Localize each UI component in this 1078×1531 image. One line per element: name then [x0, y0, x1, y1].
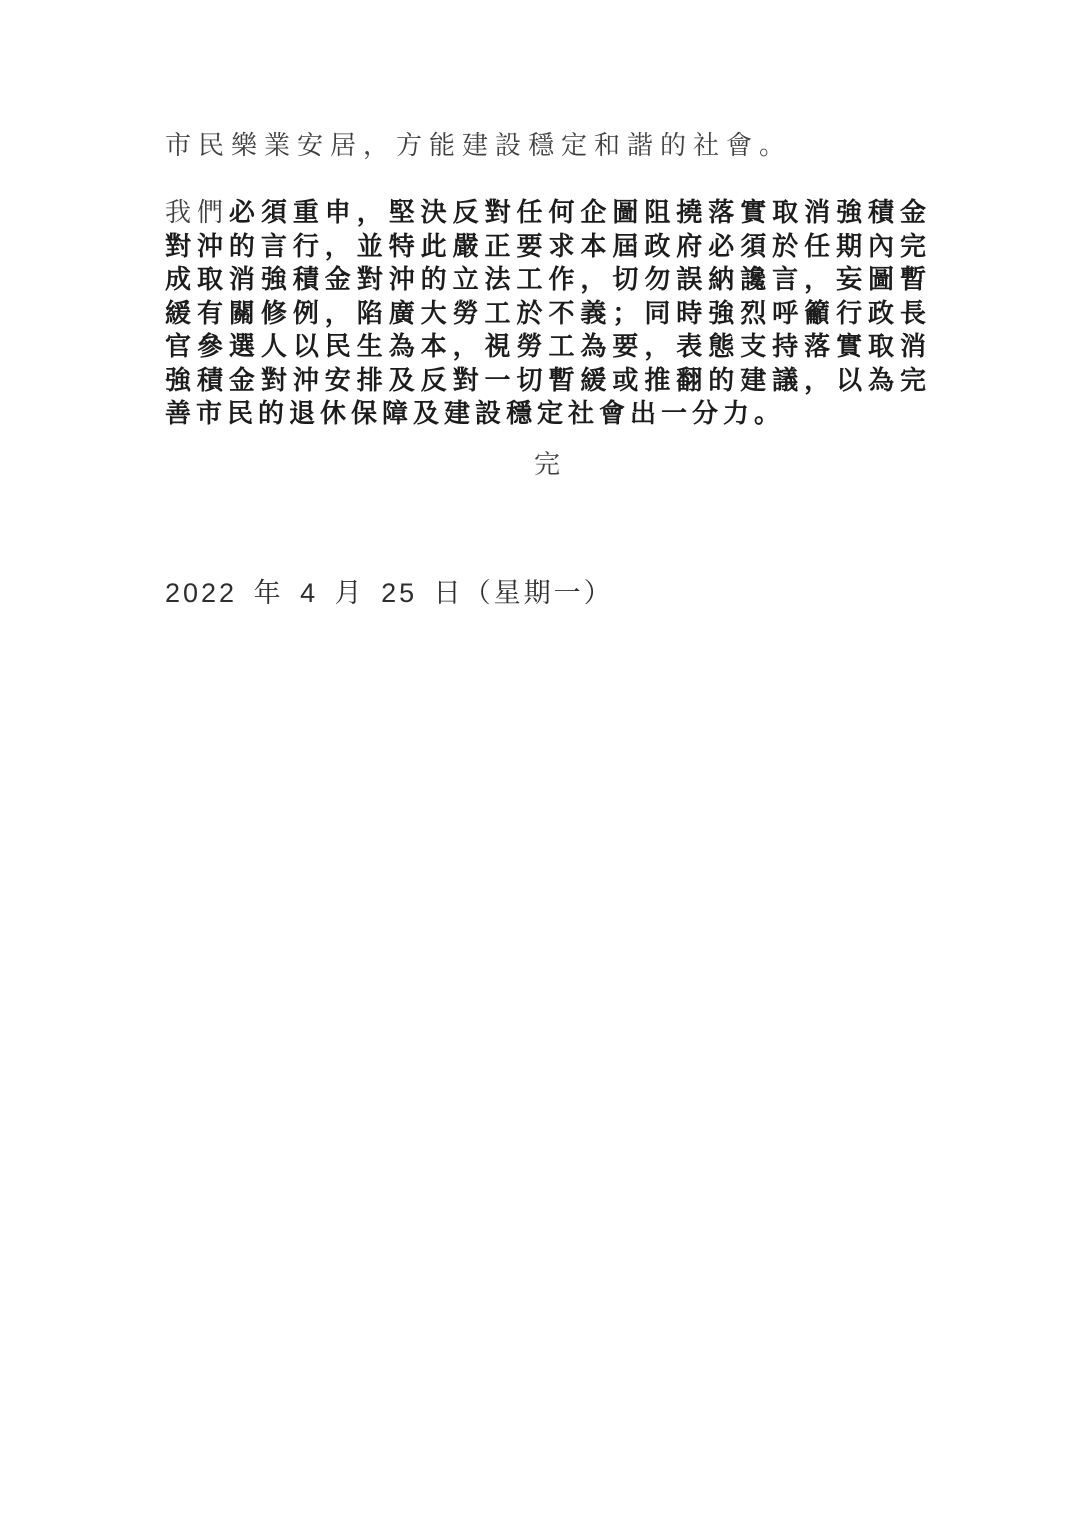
- end-marker: 完: [165, 444, 931, 481]
- date-line: 2022 年 4 月 25 日（星期一）: [165, 571, 931, 610]
- paragraph-emphasis: 必須重申，堅決反對任何企圖阻撓落實取消強積金對沖的言行，並特此嚴正要求本屆政府必…: [165, 197, 931, 428]
- intro-line: 市民樂業安居，方能建設穩定和諧的社會。: [165, 128, 931, 162]
- main-paragraph: 我們必須重申，堅決反對任何企圖阻撓落實取消強積金對沖的言行，並特此嚴正要求本屆政…: [165, 196, 931, 431]
- paragraph-lead: 我們: [165, 197, 229, 227]
- document-page: 市民樂業安居，方能建設穩定和諧的社會。 我們必須重申，堅決反對任何企圖阻撓落實取…: [0, 0, 1078, 1531]
